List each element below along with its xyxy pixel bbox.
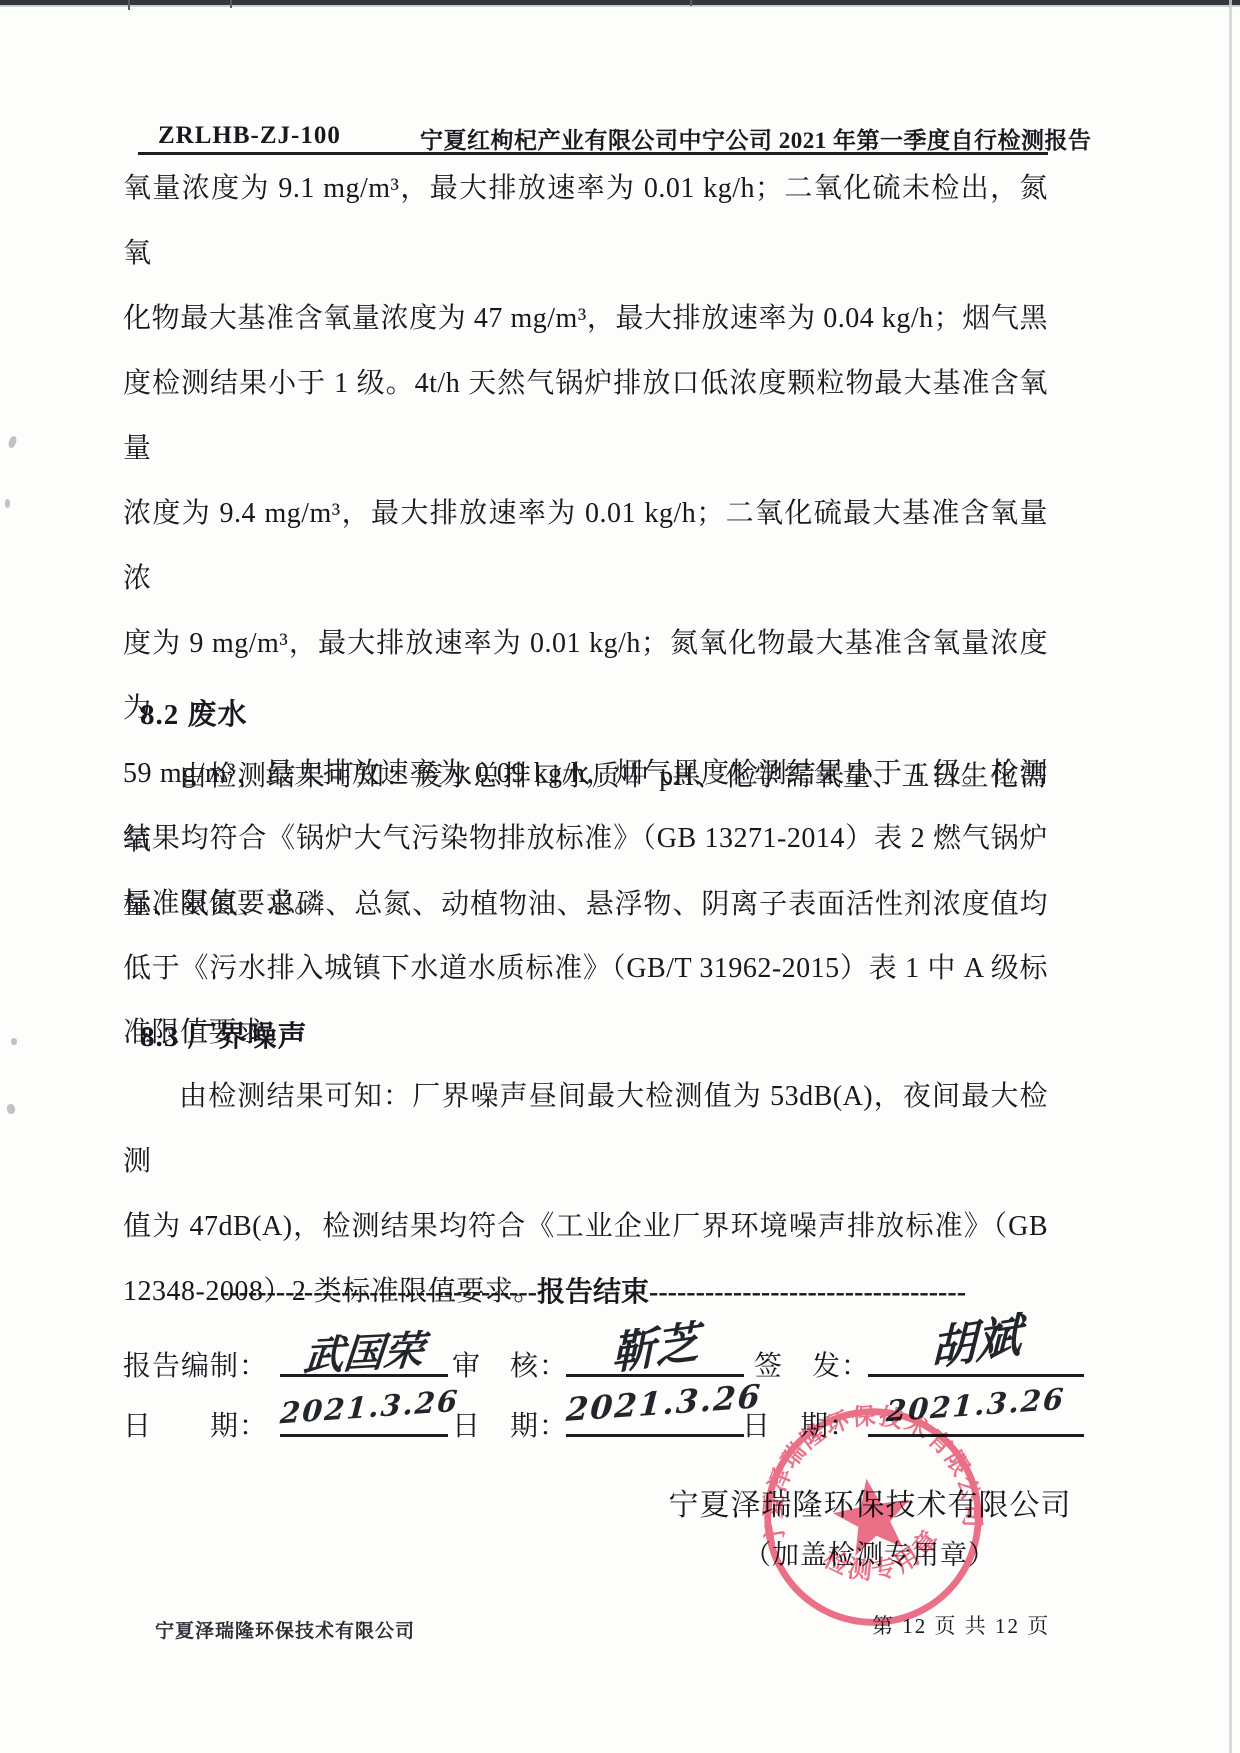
prepared-by-label: 报告编制： [123,1344,268,1384]
document-code: ZRLHB-ZJ-100 [158,122,341,150]
body-line: 值为 47dB(A)，检测结果均符合《工业企业厂界环境噪声排放标准》（GB [123,1194,1048,1259]
scan-speck [5,499,10,508]
prepared-date-line: 2021.3.26 [280,1390,448,1437]
body-line: 化物最大基准含氧量浓度为 47 mg/m³，最大排放速率为 0.04 kg/h；… [123,286,1048,351]
review-date-label: 日 期： [452,1404,568,1444]
body-line: 由检测结果可知：废水总排口水质中 pH、化学需氧量、五日生化需氧 [123,745,1048,873]
scan-tick [128,0,130,10]
review-date: 2021.3.26 [565,1377,763,1429]
prepared-date-label: 日 期： [123,1404,268,1444]
review-label: 审 核： [452,1344,568,1384]
issue-signature-line: 胡斌 [868,1306,1084,1377]
review-date-line: 2021.3.26 [566,1384,744,1437]
body-line: 由检测结果可知：厂界噪声昼间最大检测值为 53dB(A)，夜间最大检测 [123,1064,1048,1194]
issue-label: 签 发： [754,1344,870,1384]
body-line: 度检测结果小于 1 级。4t/h 天然气锅炉排放口低浓度颗粒物最大基准含氧量 [123,351,1048,481]
report-end-label: 报告结束 [537,1277,649,1308]
body-line: 浓度为 9.4 mg/m³，最大排放速率为 0.01 kg/h；二氧化硫最大基准… [123,481,1048,611]
body-line: 度为 9 mg/m³，最大排放速率为 0.01 kg/h；氮氧化物最大基准含氧量… [123,611,1048,741]
page-title: 宁夏红枸杞产业有限公司中宁公司 2021 年第一季度自行检测报告 [420,122,1092,155]
body-line: 量、氨氮、总磷、总氮、动植物油、悬浮物、阴离子表面活性剂浓度值均 [123,873,1048,937]
divider-dashes-left: ---------------------------------- [220,1277,537,1308]
review-signature: 靳芝 [610,1306,699,1383]
prepared-signature-line: 武国荣 [280,1322,448,1377]
section-heading-noise: 8.3 厂界噪声 [140,1014,308,1055]
scan-speck [11,1038,17,1045]
divider-dashes-right: ---------------------------------- [649,1277,966,1308]
scan-tick [230,0,232,8]
scan-edge-shadow [0,5,1240,7]
scan-speck [6,1103,16,1114]
review-signature-line: 靳芝 [566,1312,744,1377]
body-line: 氧量浓度为 9.1 mg/m³，最大排放速率为 0.01 kg/h；二氧化硫未检… [123,156,1048,286]
scan-speck [7,435,17,449]
issue-signature: 胡斌 [930,1298,1022,1379]
prepared-date: 2021.3.26 [279,1384,460,1431]
company-seal-stamp: 宁夏泽瑞隆环保技术有限公司 检测专用章 [737,1381,1008,1652]
body-line: 低于《污水排入城镇下水道水质标准》（GB/T 31962-2015）表 1 中 … [123,937,1048,1001]
footer-company: 宁夏泽瑞隆环保技术有限公司 [155,1616,415,1643]
partial-stamp-arc [1148,862,1240,1044]
section-heading-wastewater: 8.2 废水 [140,692,248,733]
header-rule [138,152,1048,155]
report-page: ZRLHB-ZJ-100 宁夏红枸杞产业有限公司中宁公司 2021 年第一季度自… [0,0,1240,1753]
stamp-star-icon [828,1472,917,1558]
prepared-signature: 武国荣 [302,1319,427,1383]
scan-tick [690,0,692,6]
